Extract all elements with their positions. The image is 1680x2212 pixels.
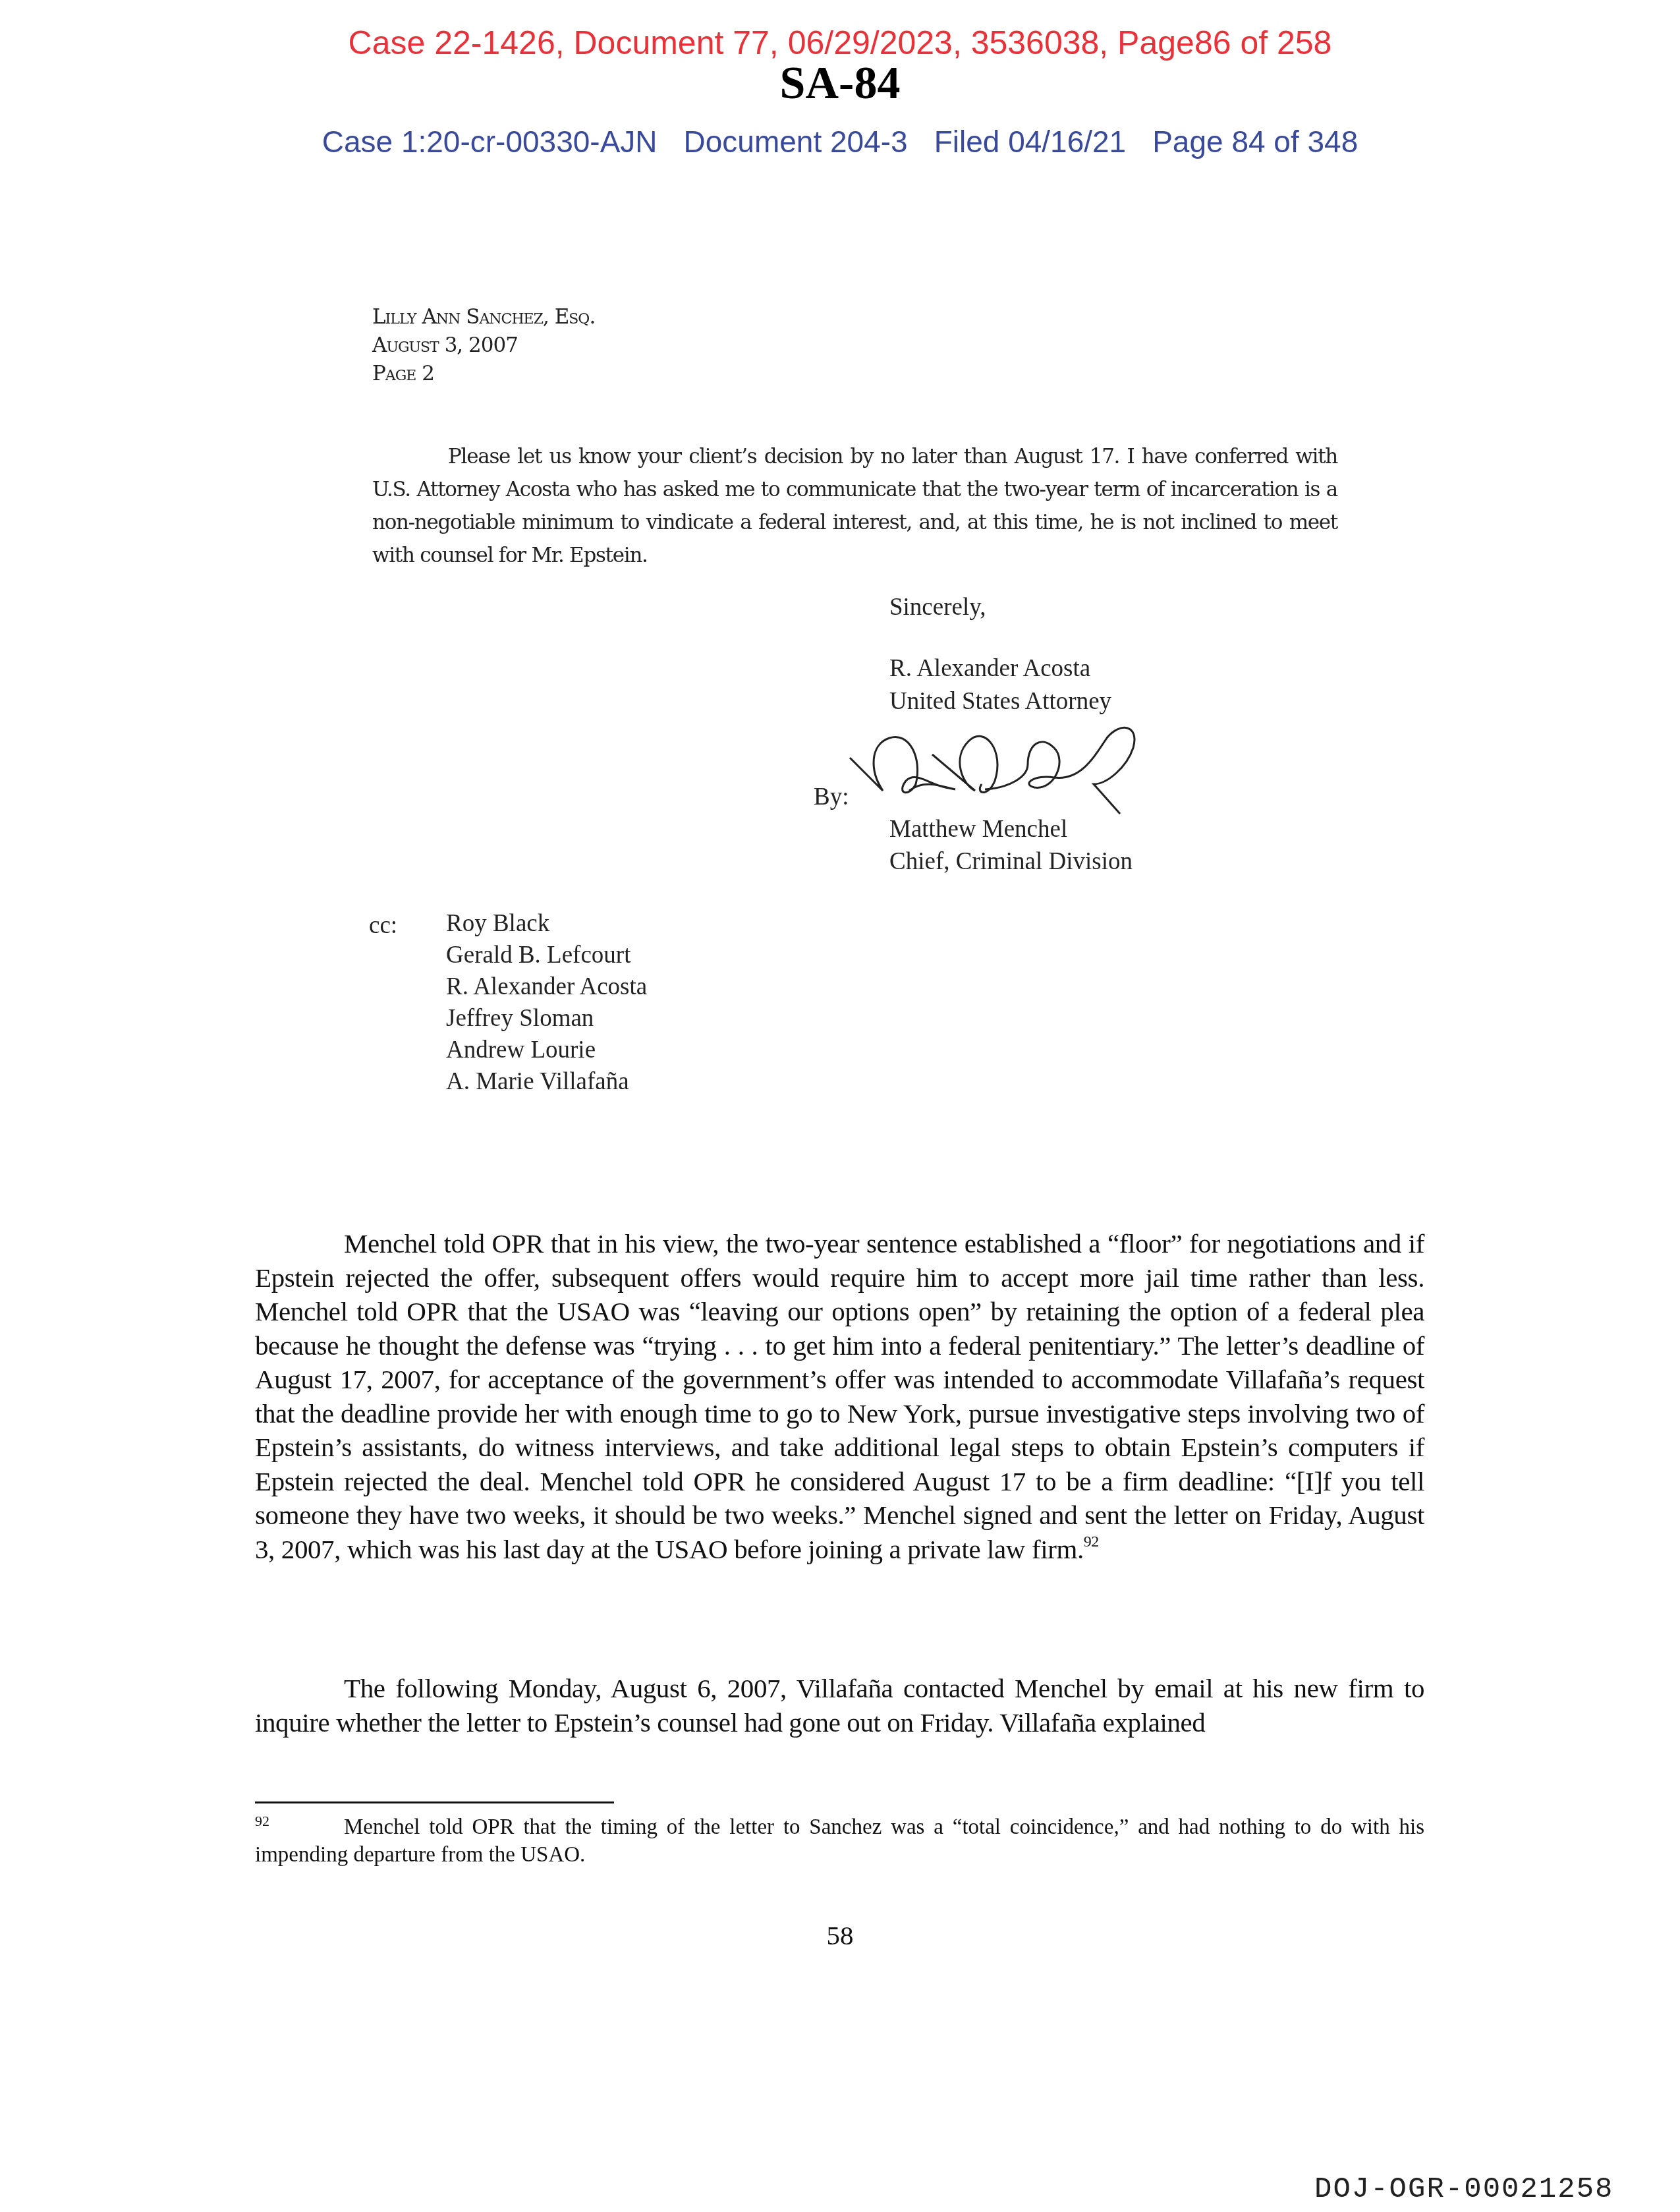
paragraph-text: The following Monday, August 6, 2007, Vi… <box>255 1672 1424 1740</box>
cc-recipient: Roy Black <box>446 908 647 940</box>
letter-header: Lilly Ann Sanchez, Esq. August 3, 2007 P… <box>372 303 595 388</box>
cc-recipient: R. Alexander Acosta <box>446 971 647 1003</box>
cc-label: cc: <box>369 911 397 940</box>
body-paragraph-2: The following Monday, August 6, 2007, Vi… <box>255 1672 1424 1740</box>
cc-recipient: Gerald B. Lefcourt <box>446 940 647 971</box>
signatory-name: R. Alexander Acosta <box>889 652 1090 685</box>
cc-recipient: Jeffrey Sloman <box>446 1003 647 1035</box>
appendix-page-label: SA-84 <box>0 61 1680 107</box>
letter-recipient: Lilly Ann Sanchez, Esq. <box>372 303 595 331</box>
page-number: 58 <box>0 1919 1680 1951</box>
footnote: 92Menchel told OPR that the timing of th… <box>255 1813 1424 1869</box>
cc-recipient: Andrew Lourie <box>446 1035 647 1066</box>
bates-number: DOJ-OGR-00021258 <box>1314 2173 1613 2206</box>
district-case-number: Case 1:20-cr-00330-AJN <box>322 125 658 159</box>
paragraph-text: Menchel told OPR that in his view, the t… <box>255 1228 1424 1564</box>
district-filed-date: Filed 04/16/21 <box>934 125 1127 159</box>
footnote-text: Menchel told OPR that the timing of the … <box>255 1815 1424 1867</box>
signer-title: Chief, Criminal Division <box>889 845 1133 878</box>
district-case-stamp: Case 1:20-cr-00330-AJNDocument 204-3File… <box>0 127 1680 157</box>
letter-body: Please let us know your client’s decisio… <box>372 440 1337 572</box>
footnote-divider <box>255 1801 614 1803</box>
letter-paragraph: Please let us know your client’s decisio… <box>372 440 1337 572</box>
cc-recipient: A. Marie Villafaña <box>446 1066 647 1098</box>
signer-name: Matthew Menchel <box>889 813 1067 846</box>
letter-page: Page 2 <box>372 360 595 388</box>
handwritten-signature-icon <box>843 718 1186 817</box>
cc-list: Roy Black Gerald B. Lefcourt R. Alexande… <box>446 908 647 1098</box>
letter-date: August 3, 2007 <box>372 331 595 360</box>
district-document-number: Document 204-3 <box>684 125 908 159</box>
by-label: By: <box>814 781 849 814</box>
appellate-case-stamp: Case 22-1426, Document 77, 06/29/2023, 3… <box>0 26 1680 59</box>
body-paragraph-1: Menchel told OPR that in his view, the t… <box>255 1227 1424 1566</box>
footnote-reference[interactable]: 92 <box>1084 1533 1099 1550</box>
signatory-title: United States Attorney <box>889 685 1111 718</box>
district-page-count: Page 84 of 348 <box>1152 125 1358 159</box>
letter-closing: Sincerely, <box>889 591 986 624</box>
